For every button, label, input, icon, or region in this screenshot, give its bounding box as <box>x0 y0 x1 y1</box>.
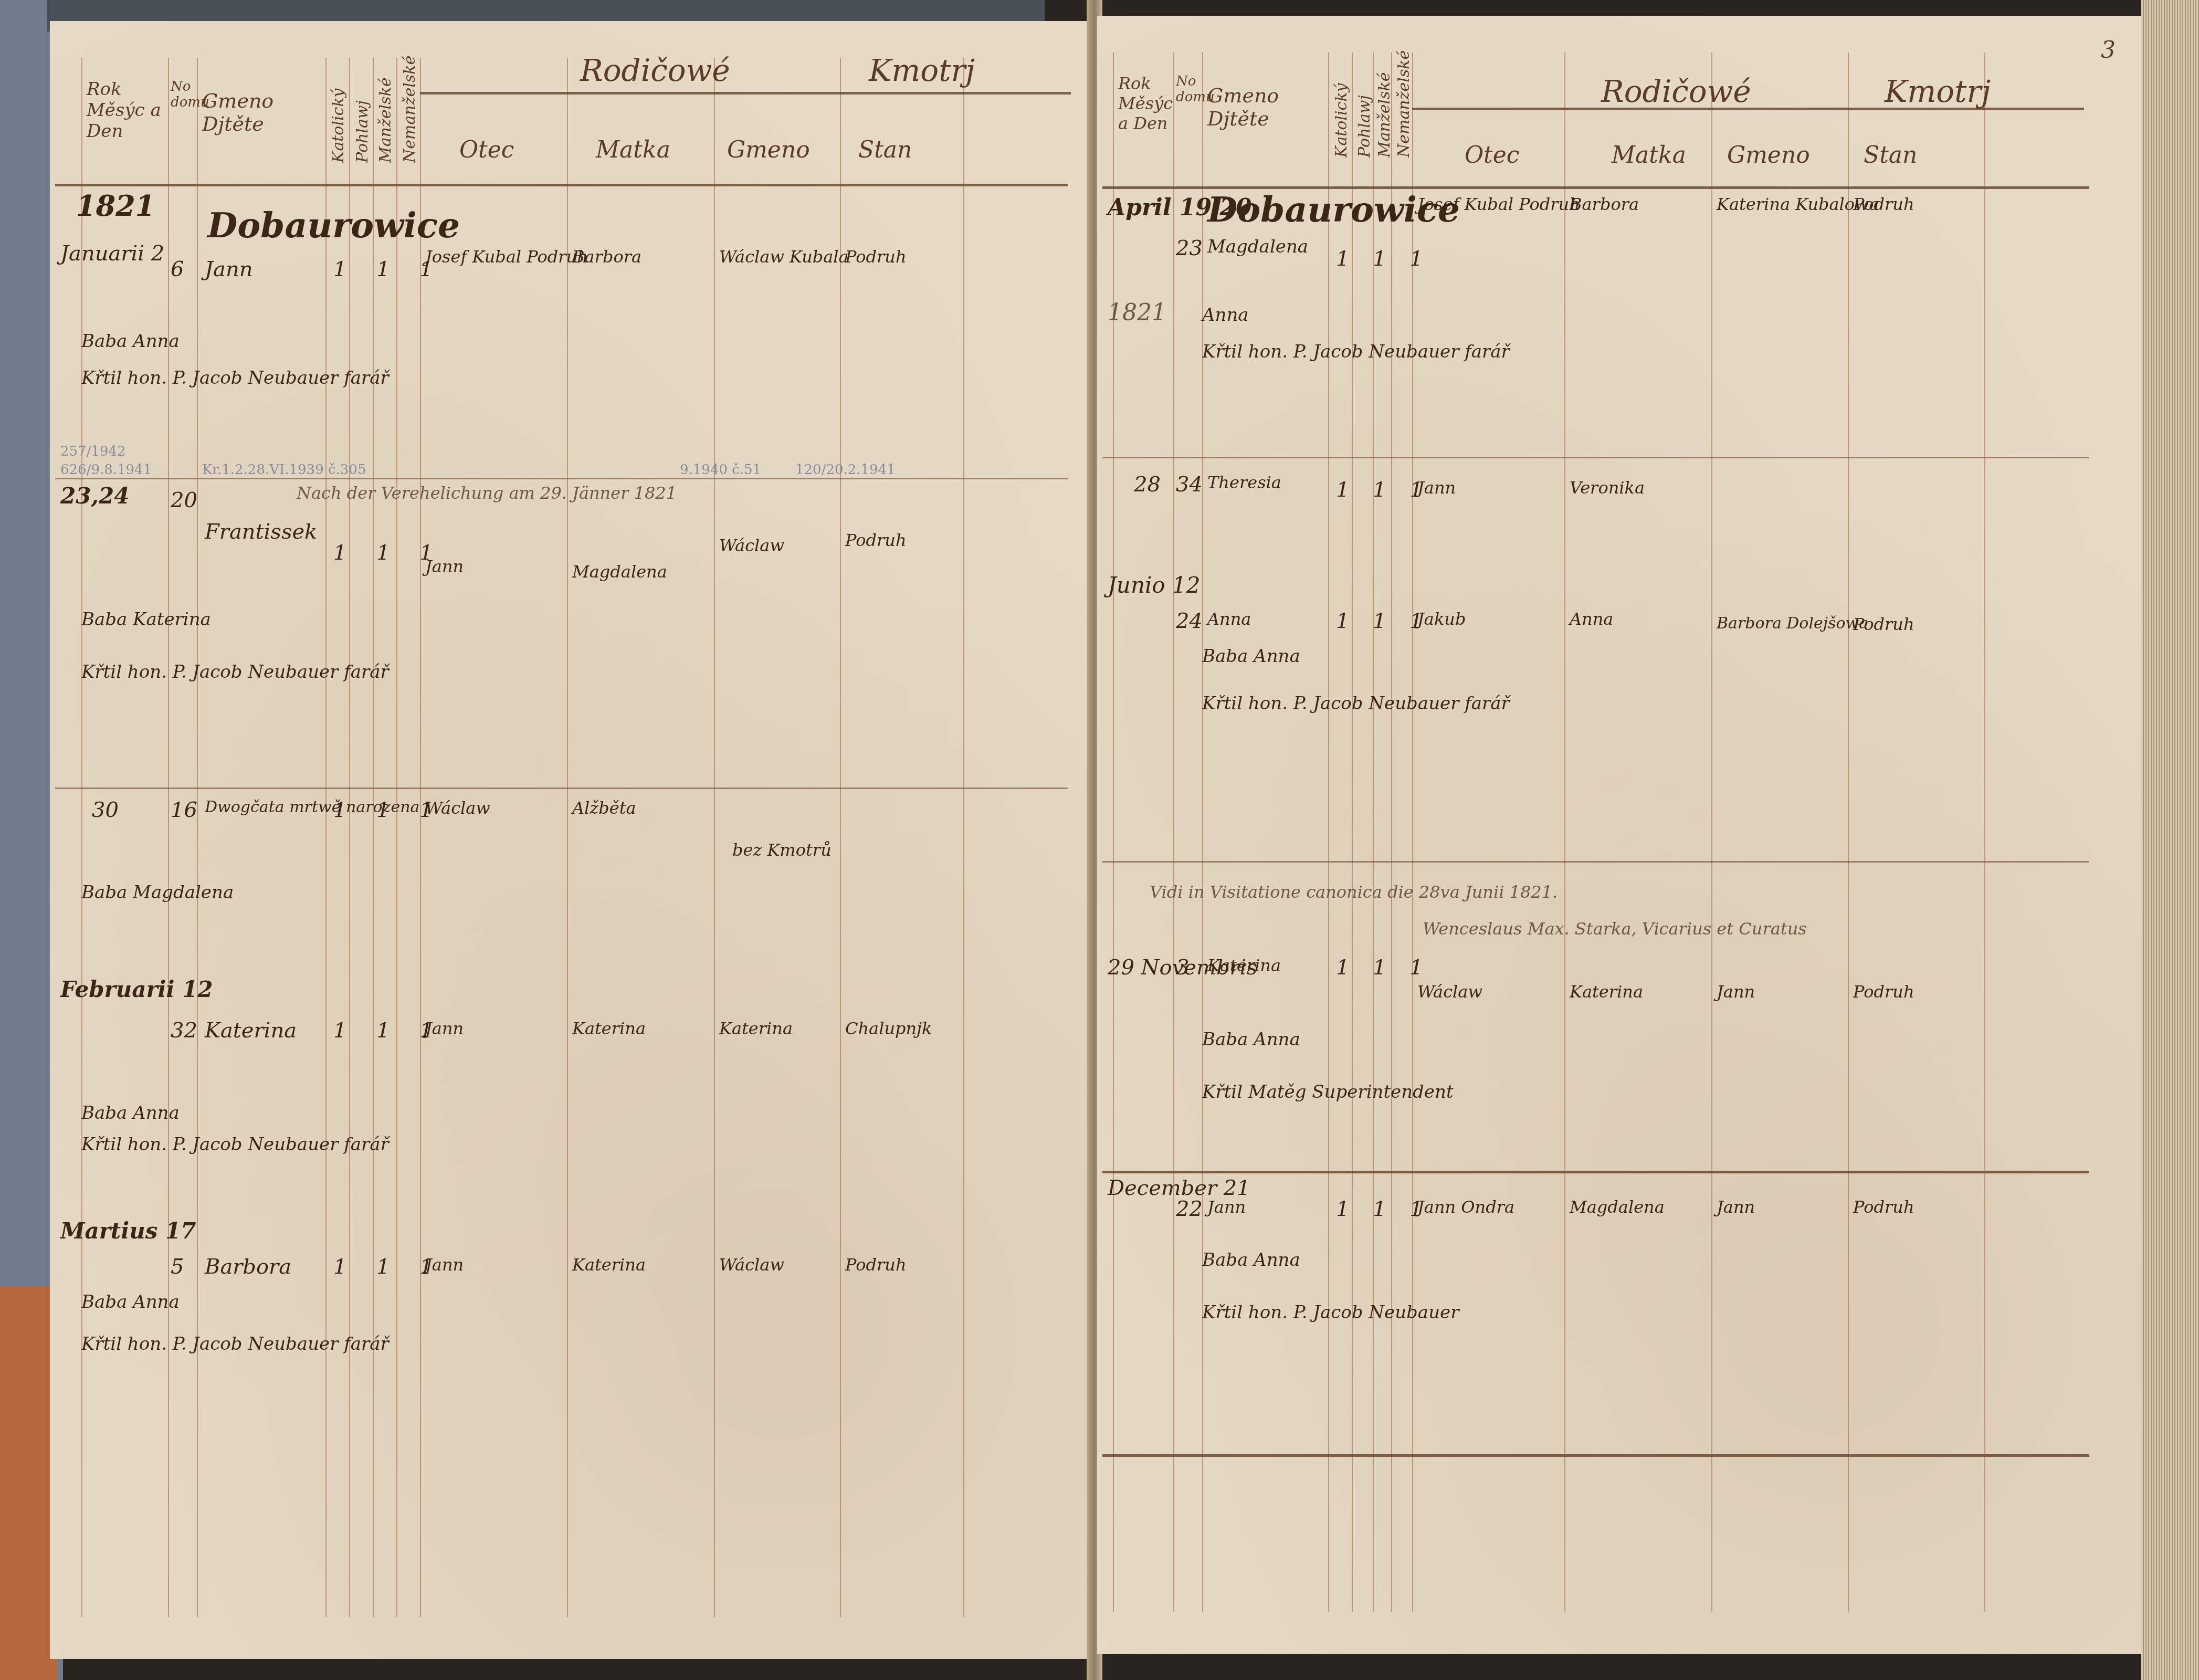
header-illegitimate: Nemanželské <box>401 58 419 163</box>
header-father: Otec <box>459 136 514 163</box>
column-rule <box>1113 52 1114 1612</box>
entry-mother: Anna <box>1570 609 1613 629</box>
entry-mother: Magdalena <box>1570 1197 1665 1217</box>
entry-house: 23 <box>1176 236 1203 260</box>
entry-midwife: Baba Anna <box>81 1102 180 1123</box>
entry-status: Podruh <box>1853 1197 1914 1217</box>
entry-house: 5 <box>171 1255 184 1279</box>
row-divider <box>1102 1454 2089 1457</box>
column-rule <box>1984 52 1985 1612</box>
entry-status: Podruh <box>1853 982 1914 1002</box>
entry-date: Februarii 12 <box>60 976 213 1002</box>
entry-house: 32 <box>171 1018 197 1043</box>
entry-house: 16 <box>171 798 197 822</box>
entry-father: Jann Ondra <box>1417 1197 1514 1217</box>
entry-counts: 1 1 1 <box>1336 955 1432 980</box>
column-rule <box>420 58 421 1617</box>
header-sex: Pohlawj <box>1355 52 1374 157</box>
column-rule <box>197 58 198 1617</box>
header-godparents: Kmotrj <box>869 52 975 88</box>
header-parents: Rodičowé <box>1601 73 1751 109</box>
entry-house: 24 <box>1176 609 1203 633</box>
entry-mother: Katerina <box>572 1018 646 1038</box>
entry-father: Josef Kubal Podruh <box>425 247 588 267</box>
entry-date: Januarii 2 <box>60 241 164 266</box>
column-rule <box>1564 52 1565 1612</box>
entry-father: Wáclaw <box>1417 982 1482 1002</box>
page-edges <box>2141 0 2199 1680</box>
column-rule <box>325 58 327 1617</box>
column-rule <box>1412 52 1413 1612</box>
column-rule <box>1848 52 1849 1612</box>
entry-date: 30 <box>92 798 119 822</box>
entry-midwife: Baba Anna <box>81 1291 180 1312</box>
entry-father: Josef Kubal Podruh <box>1417 194 1580 214</box>
header-godparent-name: Gmeno <box>727 136 810 163</box>
archive-note: 257/1942 <box>60 444 126 459</box>
column-rule <box>1711 52 1712 1612</box>
entry-priest: Křtil hon. P. Jacob Neubauer farář <box>1202 341 1510 362</box>
entry-midwife: Baba Anna <box>1202 1029 1300 1050</box>
village-name: Dobaurowice <box>207 205 460 246</box>
entry-father: Jann <box>1417 478 1456 498</box>
column-rule <box>1352 52 1353 1612</box>
entry-child: Jann <box>1207 1197 1246 1217</box>
entry-father: Wáclaw <box>425 798 490 818</box>
header-religion: Katolický <box>329 58 348 163</box>
column-rule <box>1391 52 1392 1612</box>
entry-house: 20 <box>171 488 197 512</box>
entry-priest: Křtil hon. P. Jacob Neubauer farář <box>81 1333 389 1354</box>
header-child-name: Gmeno Djtěte <box>1207 84 1323 130</box>
entry-midwife: Baba Anna <box>1202 1249 1300 1270</box>
header-parents: Rodičowé <box>580 52 730 88</box>
entry-mother: Barbora <box>572 247 641 267</box>
row-divider <box>1102 457 2089 458</box>
header-religion: Katolický <box>1332 52 1351 157</box>
entry-mother: Veronika <box>1570 478 1645 498</box>
entry-priest: Křtil hon. P. Jacob Neubauer farář <box>81 1134 389 1155</box>
entry-priest: Křtil hon. P. Jacob Neubauer farář <box>81 367 389 388</box>
column-rule <box>81 58 82 1617</box>
entry-date: Martius 17 <box>60 1218 196 1244</box>
entry-priest: Křtil hon. P. Jacob Neubauer farář <box>81 661 389 682</box>
entry-house: 6 <box>171 257 184 281</box>
entry-father: Jann <box>425 1018 464 1038</box>
visitation-signature: Wenceslaus Max. Starka, Vicarius et Cura… <box>1423 919 1807 939</box>
entry-midwife: Anna <box>1202 304 1249 325</box>
header-mother: Matka <box>1612 142 1686 169</box>
header-illegitimate: Nemanželské <box>1395 52 1413 157</box>
column-rule <box>349 58 350 1617</box>
entry-godparent: Katerina <box>719 1018 793 1038</box>
entry-date: 28 <box>1134 472 1161 497</box>
entry-mother: Alžběta <box>572 798 636 818</box>
header-mother: Matka <box>596 136 670 163</box>
header-godparent-status: Stan <box>1864 142 1917 169</box>
entry-child: Jann <box>205 257 252 281</box>
entry-mother: Magdalena <box>572 562 667 582</box>
entry-godparent: Wáclaw <box>719 1255 784 1275</box>
entry-midwife: Baba Anna <box>81 331 180 352</box>
row-divider <box>1102 861 2089 863</box>
header-child-name: Gmeno Djtěte <box>202 89 323 135</box>
header-sex: Pohlawj <box>353 58 372 163</box>
entry-child: Anna <box>1207 609 1251 629</box>
column-rule <box>168 58 169 1617</box>
entry-mother: Barbora <box>1570 194 1639 214</box>
year-mark: 1821 <box>1108 299 1166 326</box>
entry-midwife: Baba Magdalena <box>81 882 234 903</box>
archive-note: 120/20.2.1941 <box>795 462 896 478</box>
entry-godparent: Jann <box>1717 982 1755 1002</box>
entry-child: Magdalena <box>1207 236 1308 257</box>
entry-child: Theresia <box>1207 472 1281 492</box>
header-legitimate: Manželské <box>376 58 395 163</box>
entry-child: Katerina <box>1207 955 1281 975</box>
right-page: 3 Rok Měsýc a Den No domu Gmeno Djtěte K… <box>1097 16 2147 1654</box>
header-date: Rok Měsýc a Den <box>87 79 165 142</box>
row-divider <box>55 478 1068 479</box>
entry-godparent: Wáclaw Kubala <box>719 247 849 267</box>
row-divider <box>1102 1171 2089 1173</box>
entry-priest: Křtil hon. P. Jacob Neubauer <box>1202 1302 1459 1323</box>
header-house: No domu <box>1176 73 1201 105</box>
entry-child: Barbora <box>205 1255 291 1279</box>
entry-midwife: Baba Anna <box>1202 646 1300 667</box>
header-godparents: Kmotrj <box>1885 73 1991 109</box>
left-page: Rok Měsýc a Den No domu Gmeno Djtěte Kat… <box>50 21 1095 1659</box>
entry-mother: Katerina <box>572 1255 646 1275</box>
register-year: 1821 <box>76 189 155 223</box>
header-legitimate: Manželské <box>1375 52 1394 157</box>
header-godparent-status: Stan <box>858 136 912 163</box>
visitation-note: Vidi in Visitatione canonica die 28va Ju… <box>1150 882 1558 902</box>
entry-status: Podruh <box>1853 194 1914 214</box>
entry-godparent: Jann <box>1717 1197 1755 1217</box>
entry-father: Jann <box>425 556 464 576</box>
column-rule <box>567 58 568 1617</box>
entry-house: 22 <box>1176 1197 1203 1221</box>
column-rule <box>1328 52 1329 1612</box>
entry-godparent: Barbora Dolejšowa <box>1717 614 1868 633</box>
entry-house: 3 <box>1176 955 1189 980</box>
book-cover-edge <box>0 1286 58 1680</box>
entry-house: 34 <box>1176 472 1203 497</box>
page-number: 3 <box>2101 37 2116 64</box>
column-rule <box>714 58 715 1617</box>
entry-godparent: Wáclaw <box>719 535 784 555</box>
archive-note: Kr.1.2.28.VI.1939 č.305 <box>202 462 366 478</box>
entry-child: Frantissek <box>205 520 317 544</box>
entry-date: April 19,20 <box>1108 194 1252 221</box>
entry-status: Podruh <box>845 247 907 267</box>
entry-priest: Křtil hon. P. Jacob Neubauer farář <box>1202 693 1510 714</box>
entry-godparent: bez Kmotrů <box>732 840 832 860</box>
entry-child: Katerina <box>205 1018 297 1043</box>
entry-father: Jann <box>425 1255 464 1275</box>
archive-note: 9.1940 č.51 <box>680 462 761 478</box>
row-divider <box>55 787 1068 789</box>
entry-status: Podruh <box>1853 614 1914 634</box>
column-rule <box>963 58 964 1617</box>
column-rule <box>840 58 841 1617</box>
header-godparent-name: Gmeno <box>1727 142 1810 169</box>
column-rule <box>373 58 374 1617</box>
entry-father: Jakub <box>1417 609 1466 629</box>
entry-midwife: Baba Katerina <box>81 609 211 630</box>
column-rule <box>396 58 397 1617</box>
header-rule <box>420 92 1071 94</box>
column-rule <box>1202 52 1203 1612</box>
entry-status: Podruh <box>845 530 907 550</box>
header-father: Otec <box>1465 142 1519 169</box>
column-rule <box>1173 52 1174 1612</box>
entry-status: Podruh <box>845 1255 907 1275</box>
entry-date: Junio 12 <box>1108 572 1200 598</box>
column-rule <box>1373 52 1374 1612</box>
entry-date: 23,24 <box>60 483 130 509</box>
entry-status: Chalupnjk <box>845 1018 932 1038</box>
archive-note: 626/9.8.1941 <box>60 462 152 478</box>
entry-priest: Křtil Matěg Superintendent <box>1202 1081 1454 1102</box>
header-date: Rok Měsýc a Den <box>1118 73 1171 133</box>
header-house: No domu <box>171 79 196 110</box>
entry-note: Nach der Verehelichung am 29. Jänner 182… <box>297 483 677 503</box>
entry-mother: Katerina <box>1570 982 1643 1002</box>
entry-counts: 1 1 1 <box>1336 247 1432 271</box>
header-rule <box>55 184 1068 186</box>
